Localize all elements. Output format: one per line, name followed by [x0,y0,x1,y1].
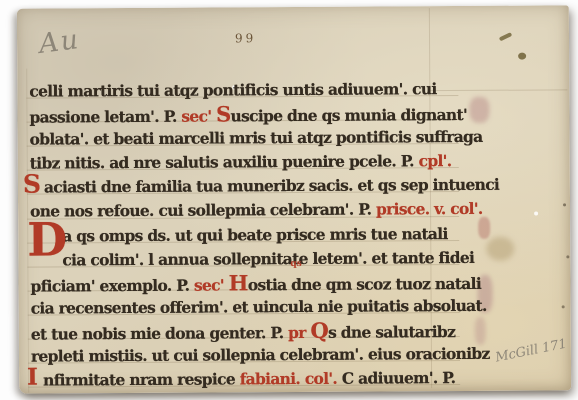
rubric-segment: prisce. v. col'. [376,199,483,219]
bleedthrough-mark [478,217,490,239]
manuscript-line: tibz nitis. ad nre salutis auxiliu pueni… [30,149,475,176]
text-segment: a qs omps ds. ut qui beate prisce mris t… [62,224,448,245]
illuminated-initial-S: S [23,174,41,195]
manuscript-line: et tue nobis mie dona genter. P. pr Qs d… [31,318,476,345]
ruling-lines [17,5,569,8]
manuscript-line: nfirmitate nram respice fabiani. col'. C… [31,366,476,393]
pencil-corner-inscription: Au [37,24,82,60]
text-segment: passione letam'. P. [29,107,181,127]
rubric-segment: sec' [194,275,229,294]
rubric-segment: Q [310,318,328,343]
rubric-segment: pr [288,323,310,342]
pencil-shelfmark: McGill 171 [494,337,568,366]
text-segment: oblata'. et beati marcelli mris tui atqz… [30,127,483,149]
manuscript-text-block: celli martiris tui atqz pontificis untis… [29,77,476,393]
rubric-segment: S [216,101,231,126]
edge-speck [566,255,569,258]
text-segment: et tue nobis mie dona genter. P. [31,323,288,344]
manuscript-line: cia recensentes offerim'. et uincula nie… [31,294,476,321]
text-segment: celli martiris tui atqz pontificis untis… [29,79,436,100]
manuscript-line: one nos refoue. cui sollepmia celebram'.… [30,197,475,224]
edge-speck [562,305,565,308]
rubric-segment: cpl'. [418,151,451,170]
text-segment: cia colim'. l annua sollepnitate letem'.… [62,248,474,270]
text-segment: nfirmitate nram respice [43,369,240,389]
text-segment: tibz nitis. ad nre salutis auxiliu pueni… [30,152,419,173]
bleedthrough-mark [475,317,486,345]
text-segment: one nos refoue. cui sollepmia celebram'.… [30,200,376,221]
brown-stain [486,237,514,261]
illuminated-initial-D: D [27,220,67,259]
text-segment: uscipe dne qs munia dignant' [230,105,467,125]
manuscript-line: passione letam'. P. sec' Suscipe dne qs … [29,101,474,128]
rubric-segment: H [229,270,248,295]
edge-speck [563,203,566,206]
ink-dash [499,32,512,41]
rubric-segment: fabiani. col'. [240,369,342,389]
manuscript-line: oblata'. et beati marcelli mris tui atqz… [30,125,475,152]
manuscript-line: a qs omps ds. ut qui beate prisce mris t… [30,221,475,248]
text-segment: repleti mistiis. ut cui sollepnia celebr… [31,344,490,366]
text-segment: aciasti dne familia tua muneribz sacis. … [44,175,499,197]
manuscript-line: aciasti dne familia tua muneribz sacis. … [30,173,475,200]
rubric-segment: sec' [181,107,216,126]
text-segment: C adiuuem'. P. [342,368,456,388]
manuscript-line: pficiam' exemplo. P. sec' Hostia dne qm … [30,270,475,297]
manuscript-line: cia colim'. l annua sollepnitate letem'.… [30,246,475,273]
manuscript-photo: Au 99 celli martiris tui atqz pontificis… [0,0,578,400]
text-segment: cia recensentes offerim'. et uincula nie… [31,296,487,318]
folio-page-number: 99 [235,31,256,45]
ink-blob [518,53,526,60]
parchment-leaf: Au 99 celli martiris tui atqz pontificis… [17,5,571,393]
text-segment: s dne salutaribz [328,322,455,342]
manuscript-line: celli martiris tui atqz pontificis untis… [29,77,474,104]
interlinear-glosses: qs [17,5,569,8]
text-segment: pficiam' exemplo. P. [30,275,194,295]
manuscript-line: repleti mistiis. ut cui sollepnia celebr… [31,342,476,369]
text-segment: ostia dne qm scoz tuoz natali [248,274,481,294]
stains-and-marks [17,5,569,8]
white-fleck [534,212,538,216]
interlinear-gloss: qs [290,259,301,269]
illuminated-initial-I: I [27,368,38,388]
illuminated-initials: SDI [17,5,569,8]
